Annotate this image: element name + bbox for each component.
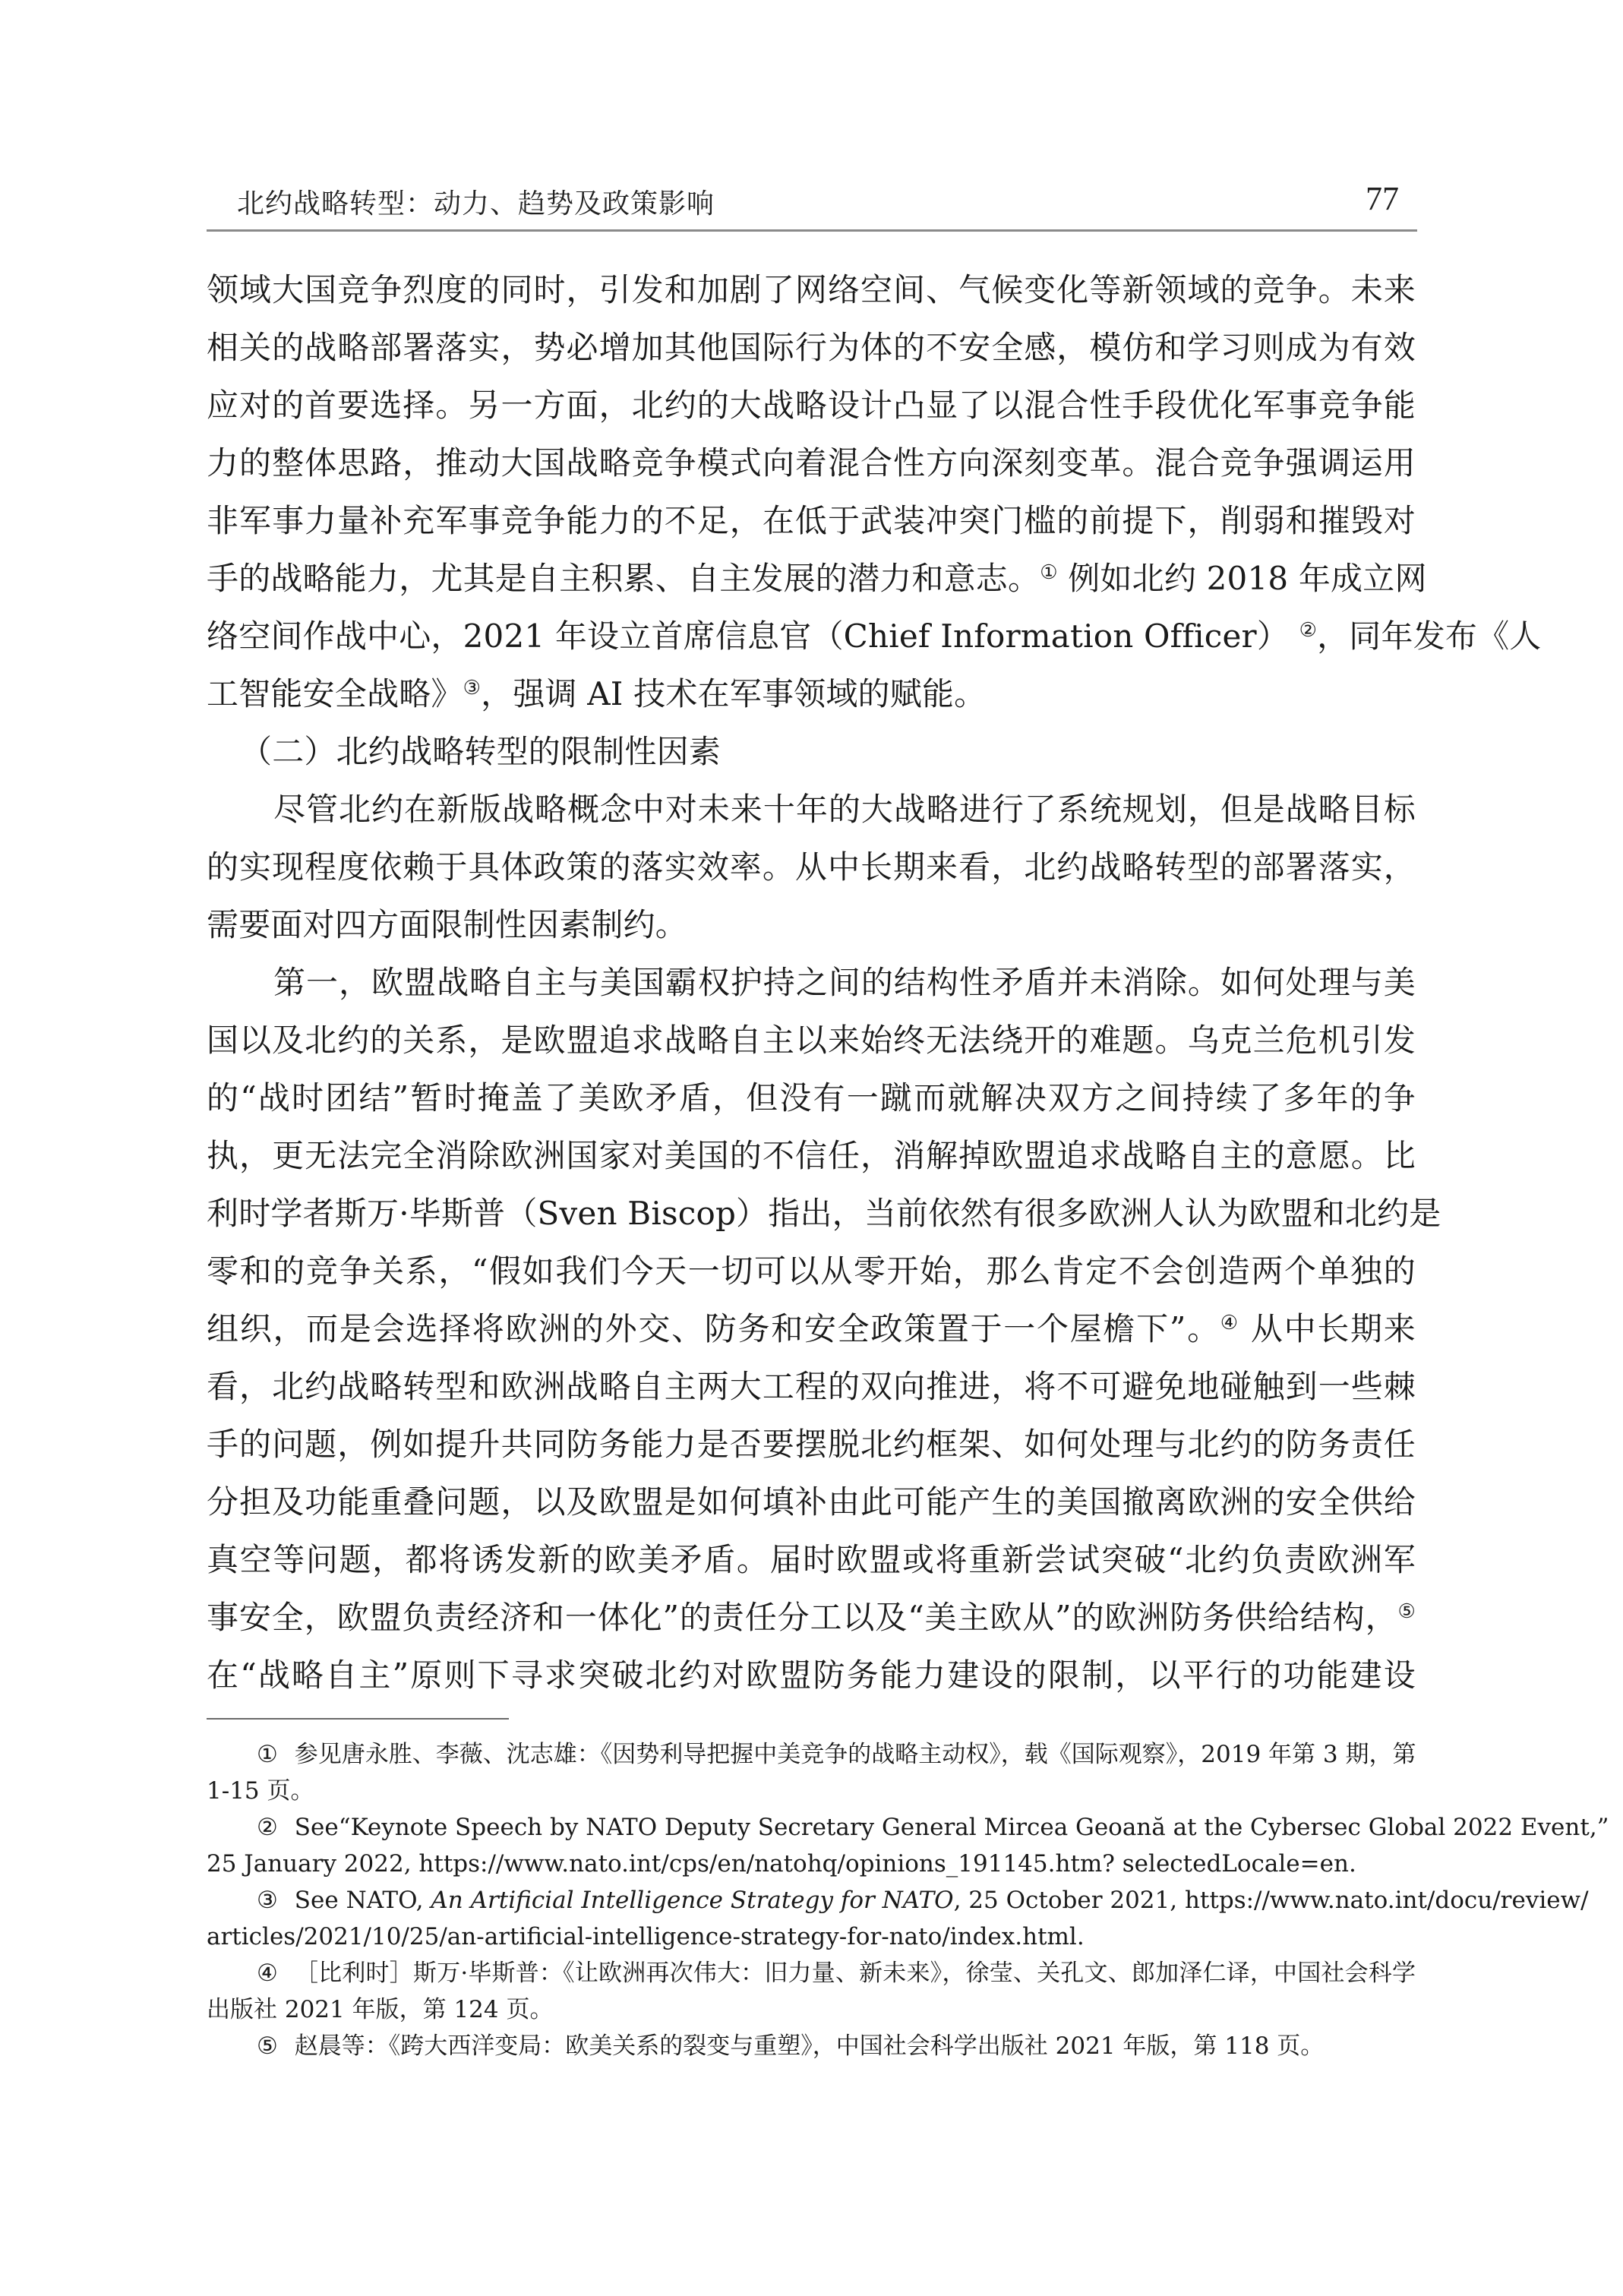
footnote-mark: ④: [257, 1960, 278, 1987]
body-line: 的实现程度依赖于具体政策的落实效率。从中长期来看，北约战略转型的部署落实，: [207, 838, 1416, 896]
body-line: 执，更无法完全消除欧洲国家对美国的不信任，消解掉欧盟追求战略自主的意愿。比: [207, 1127, 1416, 1185]
body-line: 第一，欧盟战略自主与美国霸权护持之间的结构性矛盾并未消除。如何处理与美: [207, 954, 1416, 1012]
body-line-text: ，同年发布《人: [1317, 617, 1541, 655]
page-number: 77: [1366, 179, 1399, 218]
footnote-line: ④［比利时］斯万·毕斯普：《让欧洲再次伟大：旧力量、新未来》，徐莹、关孔文、郎加…: [207, 1955, 1416, 1991]
footnote-text: 参见唐永胜、李薇、沈志雄：《因势利导把握中美竞争的战略主动权》，载《国际观察》，…: [295, 1741, 1416, 1768]
footnote-ref-1[interactable]: ①: [1040, 561, 1058, 584]
footnote-line[interactable]: 25 January 2022, https://www.nato.int/cp…: [207, 1846, 1416, 1882]
footnote-line: ①参见唐永胜、李薇、沈志雄：《因势利导把握中美竞争的战略主动权》，载《国际观察》…: [207, 1736, 1416, 1773]
footnote-line: ②See“Keynote Speech by NATO Deputy Secre…: [207, 1809, 1416, 1846]
body-line: 国以及北约的关系，是欧盟追求战略自主以来始终无法绕开的难题。乌克兰危机引发: [207, 1012, 1416, 1069]
body-line: 力的整体思路，推动大国战略竞争模式向着混合性方向深刻变革。混合竞争强调运用: [207, 434, 1416, 492]
footnote-line: ⑤赵晨等：《跨大西洋变局：欧美关系的裂变与重塑》，中国社会科学出版社 2021 …: [207, 2028, 1416, 2064]
footnote-text: ［比利时］斯万·毕斯普：《让欧洲再次伟大：旧力量、新未来》，徐莹、关孔文、郎加泽…: [295, 1960, 1416, 1987]
body-line-text: 络空间作战中心，2021 年设立首席信息官（Chief Information …: [207, 617, 1299, 655]
body-line: 手的问题，例如提升共同防务能力是否要摆脱北约框架、如何处理与北约的防务责任: [207, 1416, 1416, 1473]
body-line-text: ，强调 AI 技术在军事领域的赋能。: [481, 675, 986, 712]
footnote-line: 出版社 2021 年版，第 124 页。: [207, 1991, 1416, 2028]
footnote-text[interactable]: , 25 October 2021, https://www.nato.int/…: [954, 1887, 1589, 1914]
footnote-4: ④［比利时］斯万·毕斯普：《让欧洲再次伟大：旧力量、新未来》，徐莹、关孔文、郎加…: [207, 1955, 1416, 2028]
body-line: 利时学者斯万·毕斯普（Sven Biscop）指出，当前依然有很多欧洲人认为欧盟…: [207, 1185, 1416, 1243]
body-line: 非军事力量补充军事竞争能力的不足，在低于武装冲突门槛的前提下，削弱和摧毁对: [207, 492, 1416, 550]
body-text: 领域大国竞争烈度的同时，引发和加剧了网络空间、气候变化等新领域的竞争。未来 相关…: [207, 261, 1416, 1704]
body-line: 相关的战略部署落实，势必增加其他国际行为体的不安全感，模仿和学习则成为有效: [207, 319, 1416, 377]
footnote-title-italic: An Artificial Intelligence Strategy for …: [431, 1887, 953, 1914]
body-line: 领域大国竞争烈度的同时，引发和加剧了网络空间、气候变化等新领域的竞争。未来: [207, 261, 1416, 319]
body-line: 需要面对四方面限制性因素制约。: [207, 896, 1416, 954]
footnote-1: ①参见唐永胜、李薇、沈志雄：《因势利导把握中美竞争的战略主动权》，载《国际观察》…: [207, 1736, 1416, 1809]
footnote-2: ②See“Keynote Speech by NATO Deputy Secre…: [207, 1809, 1416, 1882]
header-rule: [207, 229, 1417, 232]
body-line: 组织，而是会选择将欧洲的外交、防务和安全政策置于一个屋檐下”。④ 从中长期来: [207, 1300, 1416, 1358]
body-line: 尽管北约在新版战略概念中对未来十年的大战略进行了系统规划，但是战略目标: [207, 781, 1416, 838]
body-line: 分担及功能重叠问题，以及欧盟是如何填补由此可能产生的美国撤离欧洲的安全供给: [207, 1473, 1416, 1531]
footnote-ref-3[interactable]: ③: [463, 677, 482, 700]
footnote-text: See“Keynote Speech by NATO Deputy Secret…: [295, 1814, 1609, 1841]
body-line: 零和的竞争关系，“假如我们今天一切可以从零开始，那么肯定不会创造两个单独的: [207, 1243, 1416, 1300]
footnote-line: ③See NATO, An Artificial Intelligence St…: [207, 1882, 1416, 1919]
page-header: 北约战略转型：动力、趋势及政策影响 77: [207, 179, 1417, 229]
body-line-text: 组织，而是会选择将欧洲的外交、防务和安全政策置于一个屋檐下”。: [207, 1310, 1220, 1347]
body-line: 络空间作战中心，2021 年设立首席信息官（Chief Information …: [207, 608, 1416, 665]
body-line: 在“战略自主”原则下寻求突破北约对欧盟防务能力建设的限制，以平行的功能建设: [207, 1647, 1416, 1704]
footnote-ref-5[interactable]: ⑤: [1397, 1600, 1416, 1623]
footnote-3: ③See NATO, An Artificial Intelligence St…: [207, 1882, 1416, 1955]
footnote-text: 赵晨等：《跨大西洋变局：欧美关系的裂变与重塑》，中国社会科学出版社 2021 年…: [295, 2032, 1324, 2060]
body-line-text: 手的战略能力，尤其是自主积累、自主发展的潜力和意志。: [207, 560, 1040, 597]
footnote-ref-2[interactable]: ②: [1299, 619, 1318, 642]
body-line: 事安全，欧盟负责经济和一体化”的责任分工以及“美主欧从”的欧洲防务供给结构，⑤: [207, 1589, 1416, 1647]
footnote-text: See NATO,: [295, 1887, 431, 1914]
body-line: 看，北约战略转型和欧洲战略自主两大工程的双向推进，将不可避免地碰触到一些棘: [207, 1358, 1416, 1416]
body-line: 工智能安全战略》③，强调 AI 技术在军事领域的赋能。: [207, 665, 1416, 723]
body-line: 真空等问题，都将诱发新的欧美矛盾。届时欧盟或将重新尝试突破“北约负责欧洲军: [207, 1531, 1416, 1589]
footnote-5: ⑤赵晨等：《跨大西洋变局：欧美关系的裂变与重塑》，中国社会科学出版社 2021 …: [207, 2028, 1416, 2064]
body-line: 应对的首要选择。另一方面，北约的大战略设计凸显了以混合性手段优化军事竞争能: [207, 377, 1416, 434]
body-line: 的“战时团结”暂时掩盖了美欧矛盾，但没有一蹴而就解决双方之间持续了多年的争: [207, 1069, 1416, 1127]
body-line-text: 从中长期来: [1239, 1310, 1416, 1347]
footnote-mark: ⑤: [257, 2032, 278, 2060]
footnotes: ①参见唐永胜、李薇、沈志雄：《因势利导把握中美竞争的战略主动权》，载《国际观察》…: [207, 1736, 1416, 2064]
footnote-line: 1-15 页。: [207, 1773, 1416, 1809]
section-heading: （二）北约战略转型的限制性因素: [207, 723, 1416, 781]
running-title: 北约战略转型：动力、趋势及政策影响: [237, 182, 715, 221]
body-line: 手的战略能力，尤其是自主积累、自主发展的潜力和意志。① 例如北约 2018 年成…: [207, 550, 1416, 608]
footnote-line[interactable]: articles/2021/10/25/an-artificial-intell…: [207, 1919, 1416, 1955]
body-line-text: 事安全，欧盟负责经济和一体化”的责任分工以及“美主欧从”的欧洲防务供给结构，: [207, 1599, 1397, 1636]
footnote-rule: [207, 1718, 509, 1720]
body-line-text: 工智能安全战略》: [207, 675, 463, 712]
footnote-mark: ①: [257, 1741, 278, 1768]
footnote-ref-4[interactable]: ④: [1220, 1312, 1239, 1334]
body-line-text: 例如北约 2018 年成立网: [1058, 560, 1427, 597]
footnote-mark: ③: [257, 1887, 278, 1914]
footnote-mark: ②: [257, 1814, 278, 1841]
